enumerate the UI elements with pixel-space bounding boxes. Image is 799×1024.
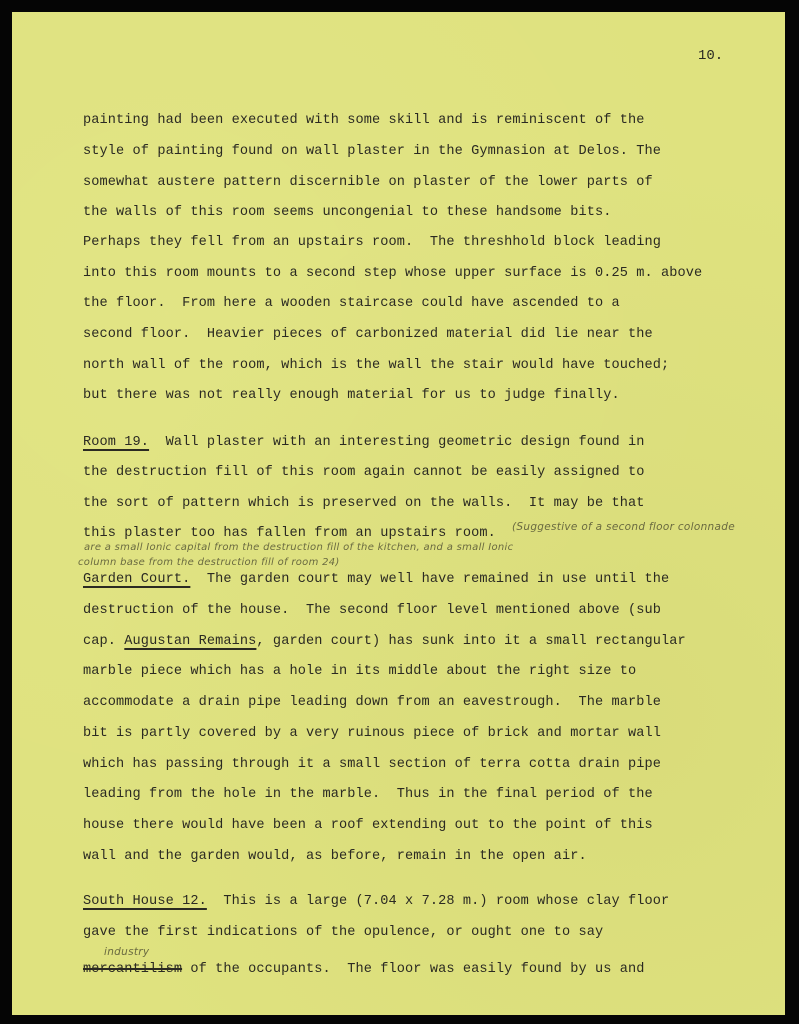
handwritten-note-line2: are a small Ionic capital from the destr…: [84, 542, 513, 553]
section-heading-room-19: Room 19.: [83, 435, 149, 450]
text-line: painting had been executed with some ski…: [83, 113, 645, 129]
text-line: the sort of pattern which is preserved o…: [83, 496, 645, 512]
text-line: into this room mounts to a second step w…: [83, 266, 702, 282]
text-line: Perhaps they fell from an upstairs room.…: [83, 235, 661, 251]
text-line: this plaster too has fallen from an upst…: [83, 526, 496, 542]
text-line: mercantilism of the occupants. The floor…: [83, 962, 645, 978]
struck-word: mercantilism: [83, 962, 182, 977]
text-line: house there would have been a roof exten…: [83, 818, 653, 834]
text-line: wall and the garden would, as before, re…: [83, 849, 587, 865]
paragraph-first-line: Garden Court. The garden court may well …: [83, 572, 669, 588]
section-heading-south-house-12: South House 12.: [83, 894, 207, 909]
paragraph-first-line: South House 12. This is a large (7.04 x …: [83, 894, 669, 910]
handwritten-insertion: industry: [104, 946, 149, 958]
text-line: the destruction fill of this room again …: [83, 465, 645, 481]
text-line: destruction of the house. The second flo…: [83, 603, 661, 619]
text-line: marble piece which has a hole in its mid…: [83, 664, 636, 680]
text-line: but there was not really enough material…: [83, 388, 620, 404]
paragraph-first-line: Room 19. Wall plaster with an interestin…: [83, 435, 645, 451]
text-line: gave the first indications of the opulen…: [83, 925, 603, 941]
section-heading-garden-court: Garden Court.: [83, 572, 190, 587]
text-line: leading from the hole in the marble. Thu…: [83, 787, 653, 803]
text-line: style of painting found on wall plaster …: [83, 144, 661, 160]
text-line: north wall of the room, which is the wal…: [83, 358, 669, 374]
text-line: bit is partly covered by a very ruinous …: [83, 726, 661, 742]
text-line: somewhat austere pattern discernible on …: [83, 175, 653, 191]
text-line: accommodate a drain pipe leading down fr…: [83, 695, 661, 711]
handwritten-note-line1: (Suggestive of a second floor colonnade: [512, 521, 735, 533]
text-line: second floor. Heavier pieces of carboniz…: [83, 327, 653, 343]
text-line: cap. Augustan Remains, garden court) has…: [83, 634, 686, 650]
text-line: the floor. From here a wooden staircase …: [83, 296, 620, 312]
page-number: 10.: [698, 48, 723, 64]
cross-reference-augustan-remains: Augustan Remains: [124, 634, 256, 649]
text-line: which has passing through it a small sec…: [83, 757, 661, 773]
handwritten-note-line3: column base from the destruction fill of…: [78, 557, 340, 568]
text-line: the walls of this room seems uncongenial…: [83, 205, 611, 221]
